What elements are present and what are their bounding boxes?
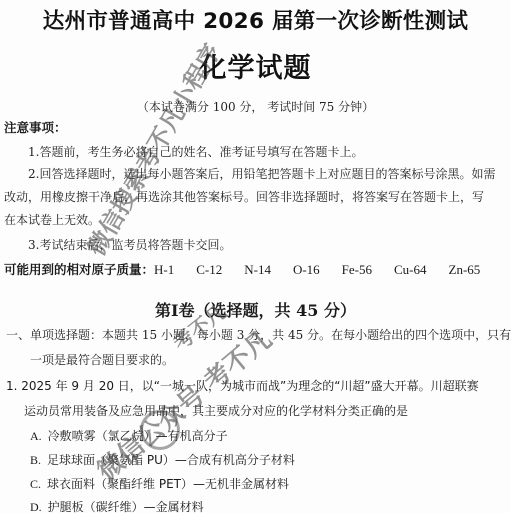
option-text: 护腿板（碳纤维）—金属材料 [48,500,204,513]
notice-item-3: 3.考试结束后，监考员将答题卡交回。 [28,236,231,253]
option-letter: B. [30,453,41,467]
option-letter: A. [30,429,42,443]
section-title: 第Ⅰ卷（选择题，共 45 分） [0,298,511,321]
notice-item-2-end: 在本试卷上无效。 [4,211,100,228]
option-text: 球衣面料（聚酯纤维 PET）—无机非金属材料 [47,477,289,491]
notice-heading: 注意事项： [4,118,67,136]
question-1-stem-cont: 运动员常用装备及应急用品中，其主要成分对应的化学材料分类正确的是 [24,402,408,419]
notice-item-1: 1.答题前，考生务必将自己的姓名、准考证号填写在答题卡上。 [28,143,363,160]
option-text: 冷敷喷雾（氯乙烷）—有机高分子 [48,429,228,443]
section-instruction-cont: 一项是最符合题目要求的。 [30,351,174,368]
atomic-mass-h: H-1 [154,262,174,278]
exam-title: 达州市普通高中 2026 届第一次诊断性测试 [0,4,511,35]
atomic-mass-c: C-12 [196,262,222,278]
atomic-masses: 可能用到的相对原子质量：H-1C-12N-14O-16Fe-56Cu-64Zn-… [4,260,502,278]
section-instruction: 一、单项选择题：本题共 15 小题，每小题 3 分，共 45 分。在每小题给出的… [6,326,511,343]
atomic-mass-o: O-16 [293,262,320,278]
option-text: 足球球面（聚氨酯 PU）—合成有机高分子材料 [47,453,295,467]
option-letter: C. [30,477,41,491]
option-letter: D. [30,500,42,513]
atomic-masses-label: 可能用到的相对原子质量： [4,262,154,277]
atomic-mass-zn: Zn-65 [449,262,481,278]
option-a: A.冷敷喷雾（氯乙烷）—有机高分子 [30,427,228,444]
atomic-mass-n: N-14 [244,262,271,278]
exam-page: 达州市普通高中 2026 届第一次诊断性测试 化学试题 （本试卷满分 100 分… [0,0,511,513]
option-b: B.足球球面（聚氨酯 PU）—合成有机高分子材料 [30,451,295,468]
notice-item-2-cont: 改动，用橡皮擦干净后，再选涂其他答案标号。回答非选择题时，将答案写在答题卡上，写 [4,188,484,205]
exam-info: （本试卷满分 100 分， 考试时间 75 分钟） [0,98,511,115]
subject-title: 化学试题 [0,46,511,85]
option-d: D.护腿板（碳纤维）—金属材料 [30,498,204,513]
option-c: C.球衣面料（聚酯纤维 PET）—无机非金属材料 [30,475,289,492]
wechat-logo-icon [140,410,180,450]
atomic-mass-cu: Cu-64 [394,262,427,278]
notice-item-2: 2.回答选择题时，选出每小题答案后，用铅笔把答题卡上对应题目的答案标号涂黑。如需 [28,165,495,182]
question-1-stem: 1. 2025 年 9 月 20 日，以“一城一队，为城市而战”为理念的“川超”… [6,377,479,394]
atomic-mass-fe: Fe-56 [342,262,372,278]
